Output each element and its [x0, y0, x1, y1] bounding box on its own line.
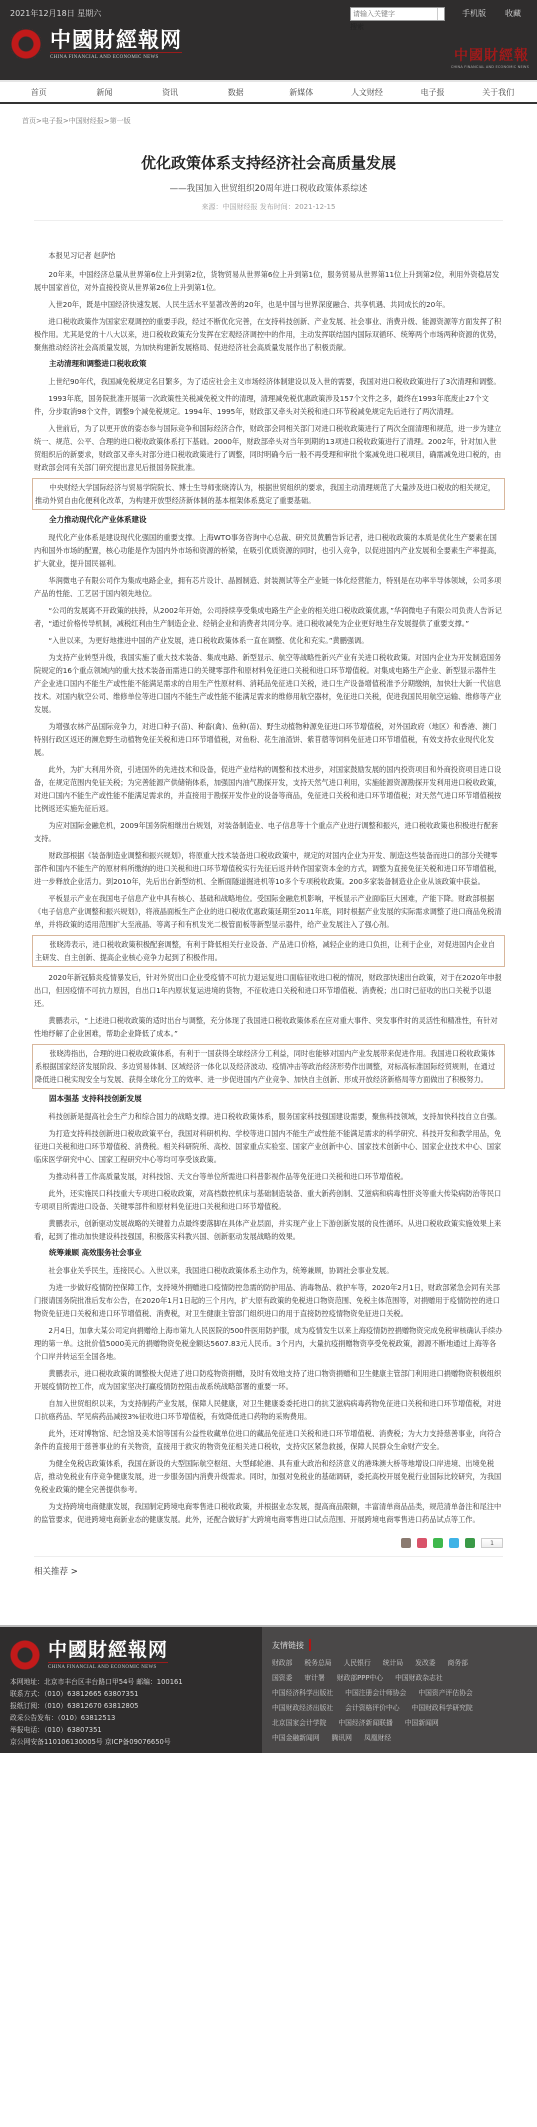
article-blocks: 20年来，中国经济总量从世界第6位上升到第2位，货物贸易从世界第6位上升到第1位… — [34, 268, 503, 1526]
footer-contact: 联系方式：（010）63812665 63807351 — [10, 1688, 252, 1700]
related-recommendations-link[interactable]: 相关推荐 > — [0, 1557, 537, 1585]
nav-culture-finance[interactable]: 人文财经 — [334, 87, 400, 98]
friendly-link[interactable]: 财政部PPP中心 — [337, 1671, 383, 1686]
footer-address: 本网地址：北京市丰台区丰台路口甲54号 邮编：100161 — [10, 1676, 252, 1688]
main-nav: 首页 新闻 资讯 数据 新媒体 人文财经 电子报 关于我们 — [0, 80, 537, 104]
friendly-link[interactable]: 中国经济新闻联播 — [338, 1716, 392, 1731]
weibo-share-icon[interactable] — [417, 1538, 427, 1548]
section-heading: 主动清理和调整进口税收政策 — [34, 358, 503, 369]
article-paragraph: 华润微电子有限公司作为集成电路企业，拥有芯片设计、晶圆制造、封装测试等全产业链一… — [34, 574, 503, 600]
friendly-link[interactable]: 北京国家会计学院 — [272, 1716, 326, 1731]
highlighted-quote-box: 张晓涛指出，合理的进口税收政策体系，有利于一国获得全球经济分工利益，同时也能够对… — [32, 1044, 505, 1089]
friendly-link[interactable]: 中国新闻网 — [405, 1716, 439, 1731]
nav-home[interactable]: 首页 — [6, 87, 72, 98]
article-paragraph: 为应对国际金融危机，2009年国务院相继出台规划，对装备制造业、电子信息等十个重… — [34, 819, 503, 845]
friendly-link[interactable]: 中国金融新闻网 — [272, 1731, 320, 1746]
tencent-weibo-share-icon[interactable] — [449, 1538, 459, 1548]
favorite-link[interactable]: 收藏 — [505, 8, 521, 19]
article-paragraph: 为健全免税店政策体系，我国在新设的大型国际航空枢纽、大型邮轮港、具有重大政治和经… — [34, 1457, 503, 1496]
search-input[interactable] — [351, 8, 437, 20]
friendly-links-list: 财政部税务总局人民银行统计局发改委商务部国资委审计署财政部PPP中心中国财政杂志… — [272, 1656, 527, 1746]
friendly-link[interactable]: 税务总局 — [304, 1656, 331, 1671]
site-header: 2021年12月18日 星期六 中國財經報网 CHINA FINANCIAL A… — [0, 0, 537, 80]
article-paragraph: 平板显示产业在我国电子信息产业中具有核心、基础和战略地位。受国际金融危机影响，平… — [34, 892, 503, 931]
share-bar: 1 — [0, 1530, 537, 1554]
section-heading: 全力推动现代化产业体系建设 — [34, 514, 503, 525]
article-paragraph: 自加入世贸组织以来，为支持制药产业发展，保障人民健康，对卫生健康委委托进口的抗艾… — [34, 1397, 503, 1423]
friendly-link[interactable]: 中国资产评估协会 — [418, 1686, 472, 1701]
search-separator — [437, 8, 438, 20]
article-paragraph: 入世20年，既是中国经济快速发展、人民生活水平显著改善的20年，也是中国与世界深… — [34, 298, 503, 311]
site-footer: 中國財經報网 CHINA FINANCIAL AND ECONOMIC NEWS… — [0, 1625, 537, 1753]
friendly-link[interactable]: 中国注册会计师协会 — [345, 1686, 406, 1701]
friendly-links-row: 北京国家会计学院中国经济新闻联播中国新闻网 — [272, 1716, 527, 1731]
friendly-link[interactable]: 财政部 — [272, 1656, 292, 1671]
site-logo[interactable]: 中國財經報网 CHINA FINANCIAL AND ECONOMIC NEWS — [10, 28, 182, 60]
nav-about-us[interactable]: 关于我们 — [465, 87, 531, 98]
footer-report-phone: 举报电话：（010）63807351 — [10, 1724, 252, 1736]
friendly-links-row: 财政部税务总局人民银行统计局发改委商务部 — [272, 1656, 527, 1671]
friendly-link[interactable]: 人民银行 — [344, 1656, 371, 1671]
logo-emblem-icon — [10, 28, 42, 60]
article-paragraph: 科技创新是提高社会生产力和综合国力的战略支撑。进口税收政策体系，服务国家科技强国… — [34, 1110, 503, 1123]
friendly-link[interactable]: 会计资格评价中心 — [345, 1701, 399, 1716]
section-heading: 统筹兼顾 高效服务社会事业 — [34, 1247, 503, 1258]
article-paragraph: “公司的发展离不开政策的扶持，从2002年开始，公司持续享受集成电路生产企业的相… — [34, 604, 503, 630]
article-body: 本报见习记者 赵萨怡 20年来，中国经济总量从世界第6位上升到第2位，货物贸易从… — [0, 221, 537, 1526]
nav-news[interactable]: 新闻 — [72, 87, 138, 98]
article-paragraph: 2月4日，加拿大某公司定向捐赠给上海市第九人民医院的500件医用防护服，成为疫情… — [34, 1324, 503, 1363]
footer-logo-emblem-icon — [10, 1640, 40, 1670]
article-paragraph: 20年来，中国经济总量从世界第6位上升到第2位，货物贸易从世界第6位上升到第1位… — [34, 268, 503, 294]
nav-new-media[interactable]: 新媒体 — [269, 87, 335, 98]
article-paragraph: 财政部根据《装备制造业调整和振兴规划》，将原重大技术装备进口税收政策中，规定的对… — [34, 849, 503, 888]
right-logo-en: CHINA FINANCIAL AND ECONOMIC NEWS — [451, 65, 529, 69]
friendly-link[interactable]: 国资委 — [272, 1671, 292, 1686]
nav-e-paper[interactable]: 电子报 — [400, 87, 466, 98]
article-paragraph: 为支持产业转型升级，我国实施了重大技术装备、集成电路、新型显示、航空等战略性新兴… — [34, 651, 503, 716]
footer-info: 中國財經報网 CHINA FINANCIAL AND ECONOMIC NEWS… — [0, 1627, 262, 1753]
friendly-links-row: 中国经济科学出版社中国注册会计师协会中国资产评估协会 — [272, 1686, 527, 1701]
article-paragraph: 入世前后，为了以更开放的姿态参与国际竞争和国际经济合作，财政部会同相关部门对进口… — [34, 422, 503, 474]
share-count: 1 — [481, 1538, 503, 1548]
right-brand-logo: 中國財經報 CHINA FINANCIAL AND ECONOMIC NEWS — [451, 45, 529, 69]
nav-data[interactable]: 数据 — [203, 87, 269, 98]
friendly-links-row: 国资委审计署财政部PPP中心中国财政杂志社 — [272, 1671, 527, 1686]
friendly-link[interactable]: 统计局 — [383, 1656, 403, 1671]
highlighted-quote-box: 中央财经大学国际经济与贸易学院院长、博士生导师张晓涛认为，根据世贸组织的要求，我… — [32, 478, 505, 510]
article-paragraph: 此外，为扩大利用外资，引进国外的先进技术和设备，促进产业结构的调整和技术进步，对… — [34, 763, 503, 815]
article-paragraph: 此外，还对博物馆、纪念馆及美术馆等国有公益性收藏单位进口的藏品免征进口关税和进口… — [34, 1427, 503, 1453]
article-paragraph: 现代化产业体系是建设现代化强国的重要支撑。上海WTO事务咨询中心总裁、研究员黄鹏… — [34, 531, 503, 570]
mobile-version-link[interactable]: 手机版 — [462, 8, 486, 19]
article-paragraph: 1993年底，国务院批准开展第一次政策性关税减免税文件的清理，清理减免税优惠政策… — [34, 392, 503, 418]
friendly-links-row: 中国金融新闻网腾讯网凤凰财经 — [272, 1731, 527, 1746]
search-button[interactable]: 搜索 — [350, 22, 364, 32]
article-title: 优化政策体系支持经济社会高质量发展 — [0, 152, 537, 173]
article-paragraph: 2020年新冠肺炎疫情暴发后，针对外贸出口企业受疫情不可抗力退运复进口面临征收进… — [34, 971, 503, 1010]
friendly-links-row: 中国财政经济出版社会计资格评价中心中国财政科学研究院 — [272, 1701, 527, 1716]
footer-logo-en: CHINA FINANCIAL AND ECONOMIC NEWS — [48, 1662, 168, 1670]
wechat-share-icon[interactable] — [433, 1538, 443, 1548]
article-paragraph: 黄鹏表示，“上述进口税收政策的适时出台与调整，充分体现了我国进口税收政策体系在应… — [34, 1014, 503, 1040]
article-paragraph: “入世以来，为更好地推进中国的产业发展，进口税收政策体系一直在调整、优化和充实。… — [34, 634, 503, 647]
more-share-icon[interactable] — [465, 1538, 475, 1548]
article-paragraph: 为增强农林产品国际竞争力，对进口种子(苗)、种畜(禽)、鱼种(苗)、野生动植物种… — [34, 720, 503, 759]
logo-en-text: CHINA FINANCIAL AND ECONOMIC NEWS — [50, 52, 182, 60]
article-paragraph: 为进一步做好疫情防控保障工作，支持境外捐赠进口疫情防控急需的防护用品、消毒物品、… — [34, 1281, 503, 1320]
friendly-link[interactable]: 中国经济科学出版社 — [272, 1686, 333, 1701]
friendly-links: 友情链接 财政部税务总局人民银行统计局发改委商务部国资委审计署财政部PPP中心中… — [262, 1627, 537, 1753]
article-paragraph: 社会事业关乎民生，连接民心。入世以来，我国进口税收政策体系主动作为，统筹兼顾，协… — [34, 1264, 503, 1277]
friendly-link[interactable]: 商务部 — [448, 1656, 468, 1671]
logo-cn-text: 中國財經報网 — [50, 29, 182, 51]
article-paragraph: 上世纪90年代，我国减免税规定名目繁多，为了适应社会主义市场经济体制建设以及入世… — [34, 375, 503, 388]
footer-logo-cn: 中國財經報网 — [48, 1639, 168, 1661]
right-logo-cn: 中國財經報 — [451, 45, 529, 65]
friendly-link[interactable]: 凤凰财经 — [364, 1731, 391, 1746]
quote-paragraph: 张晓涛指出，合理的进口税收政策体系，有利于一国获得全球经济分工利益，同时也能够对… — [35, 1047, 502, 1086]
highlighted-quote-box: 张晓涛表示，进口税收政策积极配套调整，有利于降低相关行业设备、产品进口价格，减轻… — [32, 935, 505, 967]
nav-info[interactable]: 资讯 — [137, 87, 203, 98]
friendly-link[interactable]: 中国财政科学研究院 — [412, 1701, 473, 1716]
article-paragraph: 进口税收政策作为国家宏观调控的重要手段，经过不断优化完善，在支持科技创新、产业发… — [34, 315, 503, 354]
section-heading: 固本强基 支持科技创新发展 — [34, 1093, 503, 1104]
quote-paragraph: 中央财经大学国际经济与贸易学院院长、博士生导师张晓涛认为，根据世贸组织的要求，我… — [35, 481, 502, 507]
article-subtitle: ——我国加入世贸组织20周年进口税收政策体系综述 — [0, 182, 537, 194]
friendly-link[interactable]: 中国财政经济出版社 — [272, 1701, 333, 1716]
article-paragraph: 黄鹏表示，进口税收政策的调整极大促进了进口防疫物资捐赠，及时有效地支持了进口物资… — [34, 1367, 503, 1393]
friendly-links-label: 友情链接 — [272, 1640, 304, 1651]
links-marker-icon — [309, 1639, 311, 1651]
friendly-links-title: 友情链接 — [272, 1639, 527, 1651]
search-box — [350, 7, 445, 21]
footer-logo: 中國財經報网 CHINA FINANCIAL AND ECONOMIC NEWS — [10, 1639, 252, 1670]
article-meta: 来源：中国财经报 发布时间：2021-12-15 — [0, 202, 537, 212]
article-paragraph: 黄鹏表示，创新驱动发展战略的关键着力点最终要落脚在具体产业层面，并实现产业上下游… — [34, 1217, 503, 1243]
footer-announcement: 政采公告发布：（010）63812513 — [10, 1712, 252, 1724]
article-author: 本报见习记者 赵萨怡 — [34, 249, 503, 262]
breadcrumb[interactable]: 首页>电子报>中国财经报>第一版 — [0, 104, 537, 138]
article-paragraph: 为支持跨境电商健康发展，我国制定跨境电商零售进口税收政策，并根据业态发展，提高商… — [34, 1500, 503, 1526]
friendly-link[interactable]: 发改委 — [415, 1656, 435, 1671]
article-paragraph: 为打造支持科技创新进口税收政策平台，我国对科研机构、学校等进口国内不能生产或性能… — [34, 1127, 503, 1166]
qzone-share-icon[interactable] — [401, 1538, 411, 1548]
header-date: 2021年12月18日 星期六 — [10, 8, 101, 19]
friendly-link[interactable]: 审计署 — [304, 1671, 324, 1686]
footer-icp[interactable]: 京公网安备110106130005号 京ICP备09076650号 — [10, 1736, 252, 1748]
footer-subscription: 报纸订阅：（010）63812670 63812805 — [10, 1700, 252, 1712]
quote-paragraph: 张晓涛表示，进口税收政策积极配套调整，有利于降低相关行业设备、产品进口价格，减轻… — [35, 938, 502, 964]
friendly-link[interactable]: 中国财政杂志社 — [395, 1671, 443, 1686]
article-paragraph: 此外，还实施民口科技重大专项进口税收政策，对高档数控机床与基础制造装备、重大新药… — [34, 1187, 503, 1213]
friendly-link[interactable]: 腾讯网 — [332, 1731, 352, 1746]
article-paragraph: 为推动科普工作高质量发展，对科技馆、天文台等单位所需进口科普影视作品等免征进口关… — [34, 1170, 503, 1183]
